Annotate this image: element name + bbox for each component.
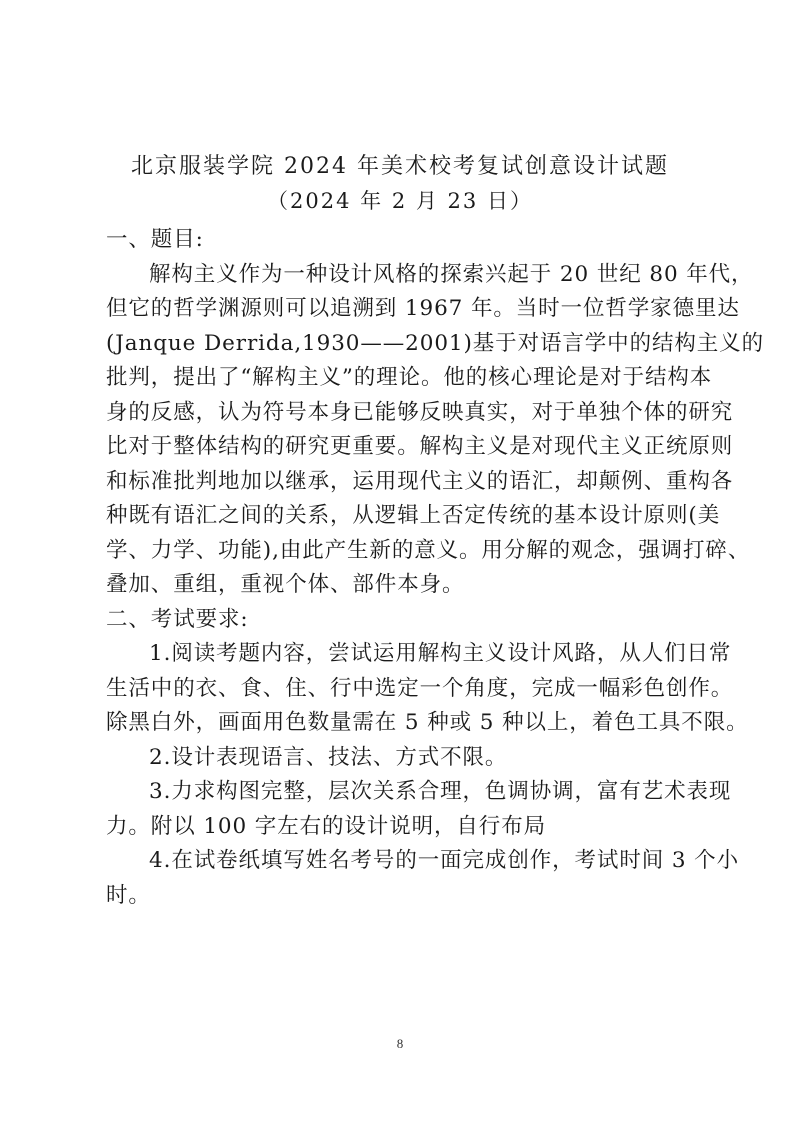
document-page: 北京服装学院 2024 年美术校考复试创意设计试题 （2024 年 2 月 23… [0, 0, 800, 1133]
paragraph-line: 解构主义作为一种设计风格的探索兴起于 20 世纪 80 年代， [106, 258, 712, 293]
paragraph-line: 比对于整体结构的研究更重要。解构主义是对现代主义正统原则 [106, 430, 712, 465]
requirement-line: 4.在试卷纸填写姓名考号的一面完成创作，考试时间 3 个小 [106, 844, 712, 879]
section-heading-requirements: 二、考试要求: [106, 603, 712, 638]
paragraph-line: 但它的哲学渊源则可以追溯到 1967 年。当时一位哲学家德里达 [106, 292, 712, 327]
requirement-line: 1.阅读考题内容，尝试运用解构主义设计风路，从人们日常 [106, 637, 712, 672]
document-date: （2024 年 2 月 23 日） [0, 187, 800, 215]
paragraph-line: 学、力学、功能),由此产生新的意义。用分解的观念，强调打碎、 [106, 534, 712, 569]
paragraph-line: 身的反感，认为符号本身已能够反映真实，对于单独个体的研究 [106, 396, 712, 431]
requirement-line: 3.力求构图完整，层次关系合理，色调协调，富有艺术表现 [106, 775, 712, 810]
paragraph-line: 种既有语汇之间的关系，从逻辑上否定传统的基本设计原则(美 [106, 499, 712, 534]
requirement-line: 时。 [106, 879, 712, 914]
paragraph-line: (Janque Derrida,1930——2001)基于对语言学中的结构主义的 [106, 327, 712, 362]
page-number: 8 [0, 1036, 800, 1052]
requirement-line: 除黑白外，画面用色数量需在 5 种或 5 种以上，着色工具不限。 [106, 706, 712, 741]
requirement-line: 生活中的衣、食、住、行中选定一个角度，完成一幅彩色创作。 [106, 672, 712, 707]
document-body: 一、题目: 解构主义作为一种设计风格的探索兴起于 20 世纪 80 年代， 但它… [106, 223, 712, 913]
section-heading-topic: 一、题目: [106, 223, 712, 258]
paragraph-line: 批判，提出了“解构主义”的理论。他的核心理论是对于结构本 [106, 361, 712, 396]
requirement-line: 2.设计表现语言、技法、方式不限。 [106, 741, 712, 776]
document-title: 北京服装学院 2024 年美术校考复试创意设计试题 [0, 152, 800, 182]
requirement-line: 力。附以 100 字左右的设计说明，自行布局 [106, 810, 712, 845]
paragraph-line: 叠加、重组，重视个体、部件本身。 [106, 568, 712, 603]
paragraph-line: 和标准批判地加以继承，运用现代主义的语汇，却颠例、重构各 [106, 465, 712, 500]
